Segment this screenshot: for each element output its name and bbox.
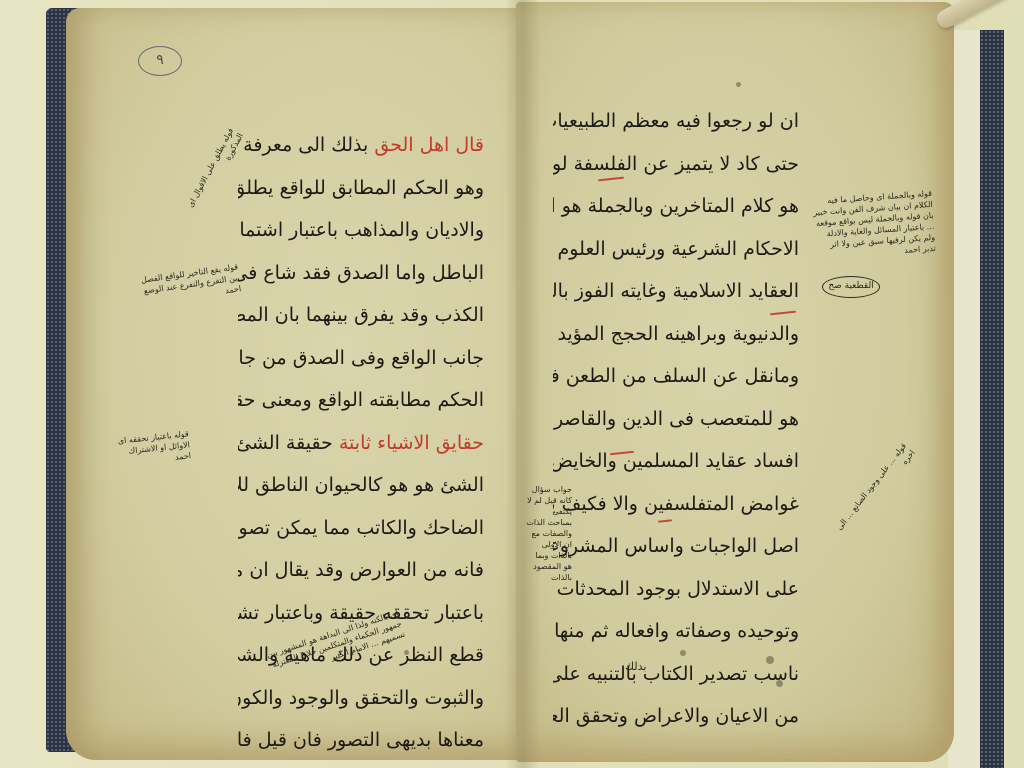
ink-spot	[680, 650, 686, 656]
ink-spot	[776, 680, 783, 687]
text-line: قال اهل الحق بذلك الى معرفة ماهو المقصد …	[238, 124, 484, 167]
text-line: اصل الواجبات واساس المشروعات ثم لما كان …	[553, 525, 799, 568]
text-line: هو للمتعصب فى الدين والقاصر عن تحصيل الي…	[553, 398, 799, 441]
text-line: الكذب وقد يفرق بينهما بان المطابقة تعتبر…	[238, 294, 484, 337]
text-line: والثبوت والتحقق والوجود والكون الفاظ متر…	[238, 677, 484, 720]
book-cover-right	[980, 30, 1004, 768]
text-line: على الاستدلال بوجود المحدثات على وجود ال…	[553, 568, 799, 611]
book-gutter	[505, 0, 541, 768]
text-line: العقايد الاسلامية وغايته الفوز بالسعادات…	[553, 270, 799, 313]
text-line: جانب الواقع وفى الصدق من جانب الحكم فمعن…	[238, 337, 484, 380]
right-page-main-text: ان لو رجعوا فيه معظم الطبيعيات والالهيات…	[553, 100, 799, 738]
text-line: ومانقل عن السلف من الطعن فيه والمنع عنه …	[553, 355, 799, 398]
text-line: والاديان والمذاهب باعتبار اشتمالها على ذ…	[238, 209, 484, 252]
ink-spot	[766, 656, 774, 664]
text-line: من الاعيان والاعراض وتحقق العلم بها ليتو…	[553, 695, 799, 738]
text-line: وهو الحكم المطابق للواقع يطلق على الاقوا…	[238, 167, 484, 210]
text-line: الشئ هو هو كالحيوان الناطق للانسان بخلاف…	[238, 464, 484, 507]
text-line: الباطل واما الصدق فقد شاع فى الاقوال خاص…	[238, 252, 484, 295]
ink-spot	[404, 650, 409, 655]
text-line: الحكم مطابقته الواقع ومعنى حقيته مطابقة …	[238, 379, 484, 422]
text-line: والدنيوية وبراهينه الحجج المؤيد اكثرها ب…	[553, 313, 799, 356]
text-line: ان لو رجعوا فيه معظم الطبيعيات والالهيات…	[553, 100, 799, 143]
marginal-note: جواب سؤال كانه قيل لم لا يكتفى بمباحث ال…	[526, 484, 572, 583]
ink-spot	[736, 82, 741, 87]
text-line: فانه من العوارض وقد يقال ان مابه الشئ هو…	[238, 549, 484, 592]
text-line: حقايق الاشياء ثابتة حقيقة الشئ وماهيته م…	[238, 422, 484, 465]
text-line: الاحكام الشرعية ورئيس العلوم الدينية وكو…	[553, 228, 799, 271]
text-line: حتى كاد لا يتميز عن الفلسفة لولا اشتماله…	[553, 143, 799, 186]
text-line: غوامض المتفلسفين والا فكيف يتصور المنع ع…	[553, 483, 799, 526]
text-line: افساد عقايد المسلمين والخايض فيما لا يفت…	[553, 440, 799, 483]
folio-number: ٩	[138, 46, 182, 76]
catchword: بدلك	[625, 660, 646, 673]
text-line: ناسب تصدير الكتاب بالتنبيه على وجود ما ن…	[553, 653, 799, 696]
text-line: هو كلام المتاخرين وبالجملة هو اشرف العلو…	[553, 185, 799, 228]
text-line: وتوحيده وصفاته وافعاله ثم منها الى ساير …	[553, 610, 799, 653]
text-line: الضاحك والكاتب مما يمكن تصور الانسان بدو…	[238, 507, 484, 550]
text-line: معناها بديهى التصور فان قيل فالحكم بثبوت	[238, 719, 484, 762]
marginal-oval-label: القطعية صح	[822, 276, 880, 298]
marginal-note: قوله وبالجملة اى وحاصل ما فيه الكلام ان …	[812, 188, 936, 262]
